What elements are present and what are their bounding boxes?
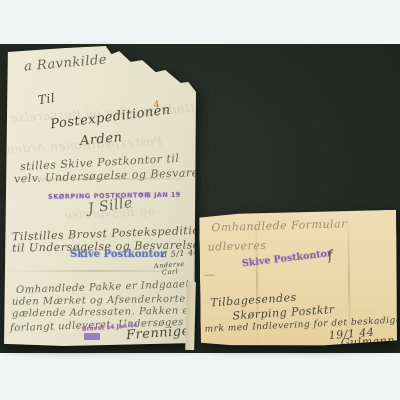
left-document-wrap: Undersøgelse og Besvarelse Postexpeditio… xyxy=(4,46,196,346)
right-document: Omhandlede Formular udleveres Skive Post… xyxy=(199,210,398,348)
rust-mark: 4 xyxy=(153,99,162,110)
signature: Frennige xyxy=(126,324,191,343)
paper-curl-edge xyxy=(185,282,196,350)
skive-postkontor-stamp: Skive Postkontor xyxy=(70,249,165,260)
paraph-mark: f xyxy=(326,248,334,264)
stamp-date-handwritten: d 5/1 44 xyxy=(162,248,200,260)
photo-of-documents: Undersøgelse og Besvarelse Postexpeditio… xyxy=(0,44,400,353)
faint-pencil-line: udleveres xyxy=(207,239,266,254)
signature-small: Carl xyxy=(162,267,179,276)
left-document: Undersøgelse og Besvarelse Postexpeditio… xyxy=(4,46,196,346)
address-to: Til xyxy=(37,91,56,107)
dash-mark: — xyxy=(204,268,216,281)
faint-pencil-line: Omhandlede Formular xyxy=(211,217,347,234)
right-document-wrap: Omhandlede Formular udleveres Skive Post… xyxy=(200,211,397,347)
sender-line: a Ravnkilde xyxy=(24,52,108,74)
skorping-stamp-date: * 5 JAN 19 xyxy=(140,191,181,200)
signature: Gulmann xyxy=(340,334,395,350)
photo-matte: Undersøgelse og Besvarelse Postexpeditio… xyxy=(0,0,400,400)
mini-stamp-fragment xyxy=(84,333,100,340)
